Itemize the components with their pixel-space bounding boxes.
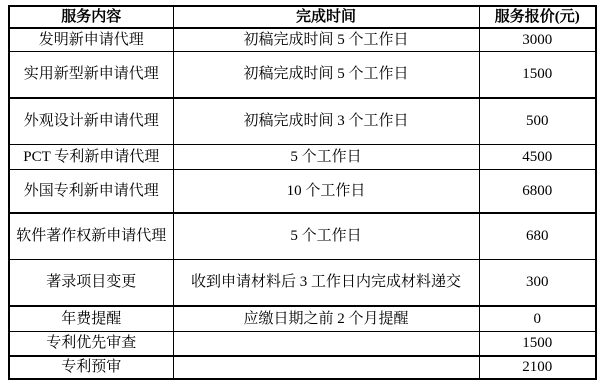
price-cell: 6800: [479, 169, 596, 213]
time-cell: 5 个工作日: [173, 144, 479, 169]
price-cell: 680: [479, 213, 596, 259]
header-row: 服务内容 完成时间 服务报价(元): [9, 6, 596, 28]
table-row: 发明新申请代理初稿完成时间 5 个工作日3000: [9, 28, 596, 51]
time-cell: 应缴日期之前 2 个月提醒: [173, 306, 479, 331]
service-cell: 软件著作权新申请代理: [9, 213, 173, 259]
time-cell: 初稿完成时间 3 个工作日: [173, 98, 479, 144]
price-cell: 0: [479, 306, 596, 331]
time-cell: [173, 331, 479, 356]
table-row: 实用新型新申请代理初稿完成时间 5 个工作日1500: [9, 51, 596, 98]
time-cell: 初稿完成时间 5 个工作日: [173, 51, 479, 98]
table-row: PCT 专利新申请代理5 个工作日4500: [9, 144, 596, 169]
col-header-service: 服务内容: [9, 6, 173, 28]
col-header-time: 完成时间: [173, 6, 479, 28]
table-row: 外国专利新申请代理10 个工作日6800: [9, 169, 596, 213]
price-cell: 4500: [479, 144, 596, 169]
table-body: 发明新申请代理初稿完成时间 5 个工作日3000实用新型新申请代理初稿完成时间 …: [9, 28, 596, 378]
price-cell: 500: [479, 98, 596, 144]
col-header-price: 服务报价(元): [479, 6, 596, 28]
table-row: 年费提醒应缴日期之前 2 个月提醒0: [9, 306, 596, 331]
service-cell: 年费提醒: [9, 306, 173, 331]
price-cell: 3000: [479, 28, 596, 51]
time-cell: 5 个工作日: [173, 213, 479, 259]
service-cell: 实用新型新申请代理: [9, 51, 173, 98]
price-cell: 1500: [479, 51, 596, 98]
service-cell: 外国专利新申请代理: [9, 169, 173, 213]
table-row: 专利预审2100: [9, 356, 596, 378]
time-cell: 收到申请材料后 3 工作日内完成材料递交: [173, 259, 479, 306]
time-cell: 初稿完成时间 5 个工作日: [173, 28, 479, 51]
table-row: 专利优先审查1500: [9, 331, 596, 356]
service-cell: 发明新申请代理: [9, 28, 173, 51]
price-cell: 2100: [479, 356, 596, 378]
time-cell: [173, 356, 479, 378]
table-row: 软件著作权新申请代理5 个工作日680: [9, 213, 596, 259]
price-cell: 1500: [479, 331, 596, 356]
service-cell: 著录项目变更: [9, 259, 173, 306]
price-cell: 300: [479, 259, 596, 306]
service-cell: 专利优先审查: [9, 331, 173, 356]
table-row: 外观设计新申请代理初稿完成时间 3 个工作日500: [9, 98, 596, 144]
service-cell: PCT 专利新申请代理: [9, 144, 173, 169]
document-canvas: 服务内容 完成时间 服务报价(元) 发明新申请代理初稿完成时间 5 个工作日30…: [0, 0, 605, 386]
time-cell: 10 个工作日: [173, 169, 479, 213]
service-cell: 外观设计新申请代理: [9, 98, 173, 144]
service-cell: 专利预审: [9, 356, 173, 378]
table-row: 著录项目变更收到申请材料后 3 工作日内完成材料递交300: [9, 259, 596, 306]
pricing-table: 服务内容 完成时间 服务报价(元) 发明新申请代理初稿完成时间 5 个工作日30…: [8, 5, 597, 380]
